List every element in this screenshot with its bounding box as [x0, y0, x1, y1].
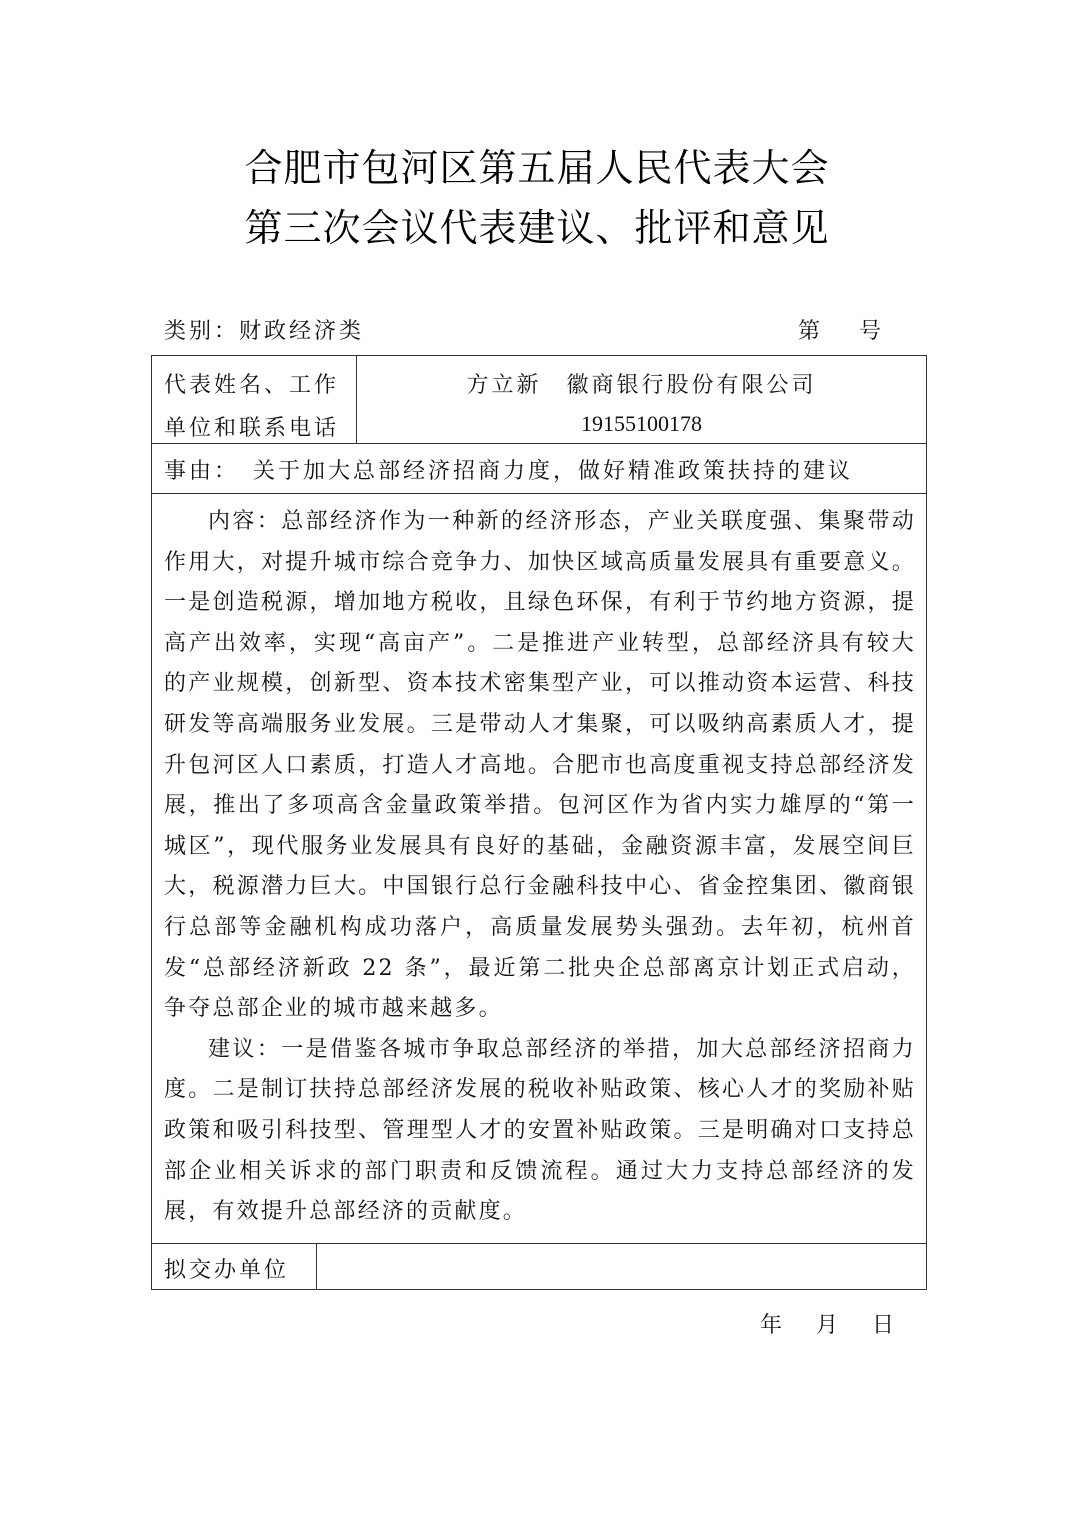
column-divider — [316, 1244, 317, 1289]
number-suffix: 号 — [859, 319, 884, 344]
category: 类别：财政经济类 — [164, 314, 364, 345]
representative-label-line2: 单位和联系电话 — [164, 411, 339, 442]
content-row: 内容：总部经济作为一种新的经济形态，产业关联度强、集聚带动作用大，对提升城市综合… — [152, 494, 926, 1244]
number-prefix: 第 — [798, 319, 823, 344]
subject-row: 事由：关于加大总部经济招商力度，做好精准政策扶持的建议 — [152, 444, 926, 494]
subject: 事由：关于加大总部经济招商力度，做好精准政策扶持的建议 — [164, 454, 853, 485]
assigned-unit-label: 拟交办单位 — [164, 1253, 289, 1284]
date-day: 日 — [872, 1308, 894, 1339]
document-number: 第号 — [798, 314, 884, 345]
document-title-line2: 第三次会议代表建议、批评和意见 — [0, 197, 1074, 252]
category-label: 类别： — [164, 319, 239, 344]
date-line: 年月日 — [760, 1308, 928, 1339]
proposal-form-table: 代表姓名、工作 单位和联系电话 方立新 徽商银行股份有限公司 191551001… — [151, 355, 927, 1290]
content-paragraph: 内容：总部经济作为一种新的经济形态，产业关联度强、集聚带动作用大，对提升城市综合… — [164, 502, 916, 1030]
subject-label: 事由： — [164, 459, 239, 484]
assigned-unit-row: 拟交办单位 — [152, 1244, 926, 1289]
representative-phone: 19155100178 — [357, 411, 926, 437]
document-title-line1: 合肥市包河区第五届人民代表大会 — [0, 137, 1074, 192]
content-body: 内容：总部经济作为一种新的经济形态，产业关联度强、集聚带动作用大，对提升城市综合… — [164, 502, 916, 1233]
representative-name-unit: 方立新 徽商银行股份有限公司 — [357, 368, 926, 399]
representative-row: 代表姓名、工作 单位和联系电话 方立新 徽商银行股份有限公司 191551001… — [152, 356, 926, 444]
category-value: 财政经济类 — [239, 319, 364, 344]
date-month: 月 — [816, 1308, 838, 1339]
subject-value: 关于加大总部经济招商力度，做好精准政策扶持的建议 — [253, 459, 853, 484]
suggestion-paragraph: 建议：一是借鉴各城市争取总部经济的举措，加大总部经济招商力度。二是制订扶持总部经… — [164, 1030, 916, 1233]
date-year: 年 — [760, 1308, 782, 1339]
representative-label-line1: 代表姓名、工作 — [164, 368, 339, 399]
